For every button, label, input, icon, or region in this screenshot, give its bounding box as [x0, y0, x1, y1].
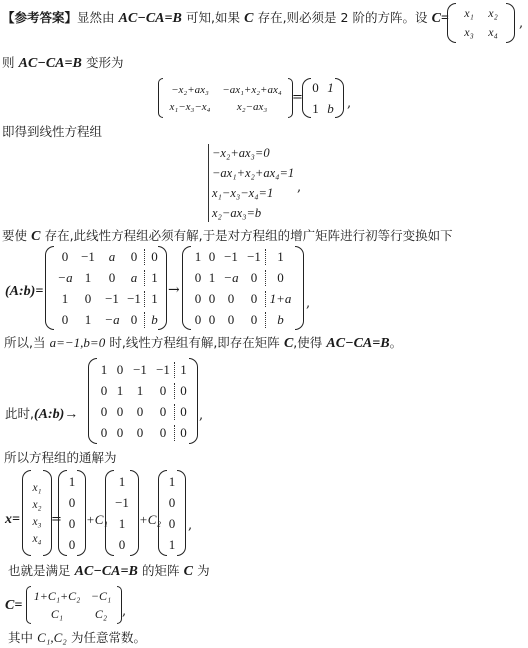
math-token: 0 — [124, 312, 144, 328]
math-token: −x₂+ax₃ — [162, 84, 218, 96]
math-token: −1 — [76, 249, 100, 265]
matrix-C-intro: 也就是满足 AC−CA=B 的矩阵 C 为 — [8, 563, 210, 580]
math-token: , — [519, 16, 523, 31]
math-token: 为 — [197, 563, 210, 578]
matrix-B: 01 1b — [302, 78, 344, 118]
math-token: AC−CA=B — [326, 336, 389, 351]
math-token: 0 — [54, 249, 76, 265]
math-token: −1 — [152, 362, 174, 378]
math-token: 0 — [205, 312, 219, 328]
math-token: 1 — [76, 270, 100, 286]
math-token: , — [199, 408, 203, 423]
math-token: C₂ — [84, 607, 118, 622]
math-token: 0 — [243, 270, 265, 286]
math-token: b — [265, 312, 295, 328]
math-token: AC−CA=B — [75, 564, 138, 579]
math-token: C₁ — [30, 607, 84, 622]
math-token: 0 — [191, 291, 205, 307]
math-token: 所以,当 — [4, 335, 45, 350]
math-token: 0 — [265, 270, 295, 286]
math-token: 0 — [152, 425, 174, 441]
math-token: 0 — [152, 404, 174, 420]
math-token: 0 — [100, 270, 124, 286]
math-token: 0 — [205, 291, 219, 307]
math-token: 0 — [243, 291, 265, 307]
math-token: 1+a — [265, 291, 295, 307]
vector-particular: 1000 — [58, 470, 86, 556]
arrow-icon: → — [168, 282, 180, 298]
math-token: 的矩阵 — [142, 563, 180, 578]
math-token: 可知,如果 — [186, 10, 240, 25]
math-token: −C₁ — [84, 589, 118, 604]
math-token: −1 — [243, 249, 265, 265]
math-token: −a — [219, 270, 243, 286]
math-token: 0 — [243, 312, 265, 328]
math-token: 。 — [390, 335, 403, 350]
answer-label: 【参考答案】 — [2, 10, 77, 25]
math-token: 变形为 — [86, 55, 124, 70]
math-token: 0 — [219, 291, 243, 307]
math-token: 则 — [2, 55, 15, 70]
math-token: 0 — [128, 404, 152, 420]
math-token: a — [124, 270, 144, 286]
general-solution-intro: 所以方程组的通解为 — [4, 450, 117, 466]
math-token: C — [284, 336, 293, 351]
system-intro: 即得到线性方程组 — [2, 124, 102, 140]
linear-system: −x₂+ax₃=0 −ax₁+x₂+ax₄=1 x₁−x₃−x₄=1 x₂−ax… — [212, 143, 294, 223]
math-token: (A:b)→ — [34, 407, 78, 422]
math-token: 0 — [96, 425, 112, 441]
math-token: a=−1,b=0 — [50, 335, 106, 350]
transform-line: 则 AC−CA=B 变形为 — [2, 55, 123, 72]
math-token: 0 — [54, 312, 76, 328]
vector-basis-2: 1001 — [158, 470, 186, 556]
math-token: 1 — [265, 249, 295, 265]
matrix-C-def: x₁x₂ x₃x₄ — [447, 3, 515, 43]
math-token: −ax₁+x₂+ax₄ — [218, 84, 286, 96]
math-token: 此时, — [5, 406, 34, 421]
math-token: ,使得 — [293, 335, 322, 350]
math-token: 1 — [76, 312, 100, 328]
math-token: x₁−x₃−x₄=1 — [212, 183, 294, 203]
aug-matrix-left: 0−1a00 −a10a1 10−1−11 01−a0b — [45, 246, 167, 330]
math-token: C — [184, 564, 193, 579]
math-token: x₃ — [457, 25, 481, 40]
math-token: 0 — [128, 425, 152, 441]
math-token: C₁,C₂ — [37, 630, 67, 645]
math-token: 显然由 — [77, 10, 115, 25]
math-token: , — [306, 296, 310, 311]
math-token: x₁ — [457, 6, 481, 21]
math-token: −a — [54, 270, 76, 286]
math-token: x₂−ax₃ — [218, 101, 286, 113]
math-token: 0 — [112, 425, 128, 441]
math-token: x₂−ax₃=b — [212, 203, 294, 223]
math-token: 1 — [191, 249, 205, 265]
math-token: AC−CA=B — [19, 56, 82, 71]
math-token: 0 — [76, 291, 100, 307]
math-token: C — [31, 229, 40, 244]
math-token: 也就是满足 — [8, 563, 71, 578]
math-token: 为任意常数。 — [71, 630, 146, 645]
vector-x: x₁x₂x₃x₄ — [22, 470, 52, 556]
math-token: 1 — [96, 362, 112, 378]
math-token: x₁−x₃−x₄ — [162, 101, 218, 113]
math-token: −1 — [124, 291, 144, 307]
intro-line: 【参考答案】显然由 AC−CA=B 可知,如果 C 存在,则必须是 2 阶的方阵… — [2, 10, 449, 27]
math-token: 1 — [205, 270, 219, 286]
aug2-matrix: 10−1−11 01100 00000 00000 — [88, 358, 198, 444]
math-token: , — [297, 180, 301, 195]
math-token: 0 — [124, 249, 144, 265]
aug-matrix-right: 10−1−11 01−a00 00001+a 0000b — [182, 246, 304, 330]
math-token: −1 — [100, 291, 124, 307]
math-token: 0 — [219, 312, 243, 328]
math-token: , — [188, 518, 192, 533]
aug-label: (A:b)= — [5, 284, 43, 300]
matrix-C-solution: 1+C₁+C₂−C₁ C₁C₂ — [26, 586, 122, 624]
math-token: x₂ — [481, 6, 505, 21]
math-token: 0 — [191, 270, 205, 286]
math-token: 1 — [112, 383, 128, 399]
math-token: 0 — [112, 404, 128, 420]
math-token: −1 — [219, 249, 243, 265]
vector-basis-1: 1−110 — [105, 470, 139, 556]
equation-main: AC−CA=B — [119, 11, 182, 26]
math-token: −x₂+ax₃=0 — [212, 143, 294, 163]
math-token: 存在,则必须是 2 阶的方阵。设 — [258, 10, 428, 25]
math-token: 0 — [112, 362, 128, 378]
math-token: C — [244, 11, 253, 26]
aug2-label: 此时,(A:b)→ — [5, 404, 78, 423]
math-token: 0 — [96, 383, 112, 399]
math-token: C= — [5, 598, 22, 614]
math-token: 存在,此线性方程组必须有解,于是对方程组的增广矩阵进行初等行变换如下 — [45, 228, 453, 243]
math-token: 1 — [128, 383, 152, 399]
system-brace — [208, 144, 209, 222]
math-token: 0 — [96, 404, 112, 420]
constants-note: 其中 C₁,C₂ 为任意常数。 — [8, 630, 146, 647]
augment-intro: 要使 C 存在,此线性方程组必须有解,于是对方程组的增广矩阵进行初等行变换如下 — [2, 228, 453, 245]
condition-line: 所以,当 a=−1,b=0 时,线性方程组有解,即存在矩阵 C,使得 AC−CA… — [4, 335, 402, 352]
math-token: 0 — [191, 312, 205, 328]
math-token: , — [347, 96, 351, 111]
math-token: , — [122, 604, 126, 619]
math-token: 时,线性方程组有解,即存在矩阵 — [109, 335, 279, 350]
matrix-lhs: −x₂+ax₃−ax₁+x₂+ax₄ x₁−x₃−x₄x₂−ax₃ — [158, 78, 293, 118]
math-token: x₄ — [481, 25, 505, 40]
math-token: x= — [5, 512, 20, 528]
math-token: 其中 — [8, 630, 33, 645]
math-token: −a — [100, 312, 124, 328]
math-token: −1 — [128, 362, 152, 378]
math-token: −ax₁+x₂+ax₄=1 — [212, 163, 294, 183]
math-token: 1+C₁+C₂ — [30, 589, 84, 604]
math-token: 要使 — [2, 228, 27, 243]
math-token: 0 — [205, 249, 219, 265]
math-token: a — [100, 249, 124, 265]
math-token: 0 — [152, 383, 174, 399]
math-token: 1 — [54, 291, 76, 307]
